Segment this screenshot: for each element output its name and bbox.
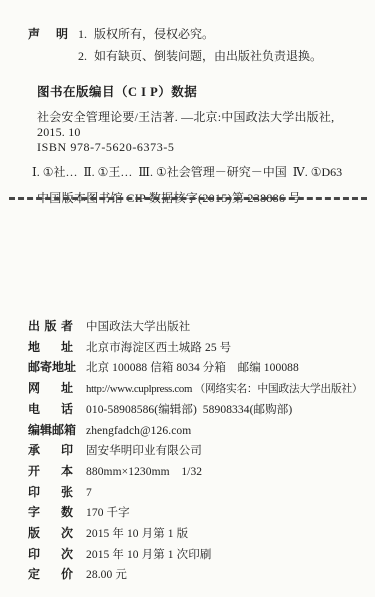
row-label: 出版者 — [28, 317, 73, 337]
cip-block: 图书在版编目（C I P）数据 社会安全管理论要/王洁著. —北京:中国政法大学… — [37, 84, 363, 206]
item-number: 1. — [78, 27, 87, 41]
row-value: 170 千字 — [86, 504, 130, 524]
colophon-table: 出版者 中国政法大学出版社 地址 北京市海淀区西土城路 25 号 邮寄地址 北京… — [28, 317, 371, 586]
row-value: 2015 年 10 月第 1 版 — [86, 525, 188, 545]
item-number: 2. — [78, 49, 87, 63]
row-label: 邮寄地址 — [28, 358, 73, 378]
colophon-row-impression: 印次 2015 年 10 月第 1 次印刷 — [28, 545, 371, 566]
colophon-row-mailing-address: 邮寄地址 北京 100088 信箱 8034 分箱 邮编 100088 — [28, 358, 371, 379]
item-text: 如有缺页、倒装问题，由出版社负责退换。 — [94, 49, 322, 63]
row-label: 版次 — [28, 524, 73, 544]
declaration-block: 声明 1.版权所有，侵权必究。 2.如有缺页、倒装问题，由出版社负责退换。 — [28, 23, 367, 67]
row-label: 印次 — [28, 545, 73, 565]
row-label: 承印 — [28, 441, 73, 461]
row-label: 地址 — [28, 338, 73, 358]
colophon-row-price: 定价 28.00 元 — [28, 565, 371, 586]
cip-title-line: 社会安全管理论要/王洁著. —北京:中国政法大学出版社, 2015. 10 — [37, 110, 363, 140]
row-value: 28.00 元 — [86, 566, 127, 586]
declaration-item: 1.版权所有，侵权必究。 — [78, 23, 367, 45]
colophon-row-phone: 电话 010-58908586(编辑部) 58908334(邮购部) — [28, 400, 371, 421]
cip-classification-line: Ⅰ. ①社… Ⅱ. ①王… Ⅲ. ①社会管理－研究－中国 Ⅳ. ①D63 — [32, 165, 363, 180]
colophon-row-edition: 版次 2015 年 10 月第 1 版 — [28, 524, 371, 545]
colophon-row-word-count: 字数 170 千字 — [28, 503, 371, 524]
row-value: http://www.cuplpress.com （网络实名：中国政法大学出版社… — [86, 380, 362, 400]
row-label: 网址 — [28, 379, 73, 399]
colophon-row-sheets: 印张 7 — [28, 483, 371, 504]
row-value: 北京市海淀区西土城路 25 号 — [86, 339, 231, 359]
item-text: 版权所有，侵权必究。 — [94, 27, 214, 41]
copyright-page: 声明 1.版权所有，侵权必究。 2.如有缺页、倒装问题，由出版社负责退换。 图书… — [0, 0, 375, 597]
row-value: 2015 年 10 月第 1 次印刷 — [86, 546, 211, 566]
declaration-items: 1.版权所有，侵权必究。 2.如有缺页、倒装问题，由出版社负责退换。 — [78, 23, 367, 67]
dashed-divider — [9, 197, 367, 200]
row-label: 字数 — [28, 503, 73, 523]
colophon-row-website: 网址 http://www.cuplpress.com （网络实名：中国政法大学… — [28, 379, 371, 400]
colophon-row-editor-email: 编辑邮箱 zhengfadch@126.com — [28, 421, 371, 442]
row-label: 开本 — [28, 462, 73, 482]
row-value: 中国政法大学出版社 — [86, 318, 190, 338]
row-value: 010-58908586(编辑部) 58908334(邮购部) — [86, 401, 292, 421]
row-label: 印张 — [28, 483, 73, 503]
colophon-row-address: 地址 北京市海淀区西土城路 25 号 — [28, 338, 371, 359]
row-value: 北京 100088 信箱 8034 分箱 邮编 100088 — [86, 359, 299, 379]
row-value: 固安华明印业有限公司 — [86, 442, 202, 462]
declaration-item: 2.如有缺页、倒装问题，由出版社负责退换。 — [78, 45, 367, 67]
cip-isbn-line: ISBN 978-7-5620-6373-5 — [37, 140, 363, 155]
row-value: zhengfadch@126.com — [86, 422, 191, 442]
row-value: 7 — [86, 484, 92, 504]
row-label: 电话 — [28, 400, 73, 420]
colophon-row-publisher: 出版者 中国政法大学出版社 — [28, 317, 371, 338]
declaration-label: 声明 — [28, 23, 68, 67]
row-value: 880mm×1230mm 1/32 — [86, 463, 202, 483]
row-label: 定价 — [28, 565, 73, 585]
colophon-row-printer: 承印 固安华明印业有限公司 — [28, 441, 371, 462]
colophon-row-format: 开本 880mm×1230mm 1/32 — [28, 462, 371, 483]
cip-heading: 图书在版编目（C I P）数据 — [37, 84, 363, 100]
row-label: 编辑邮箱 — [28, 421, 73, 441]
